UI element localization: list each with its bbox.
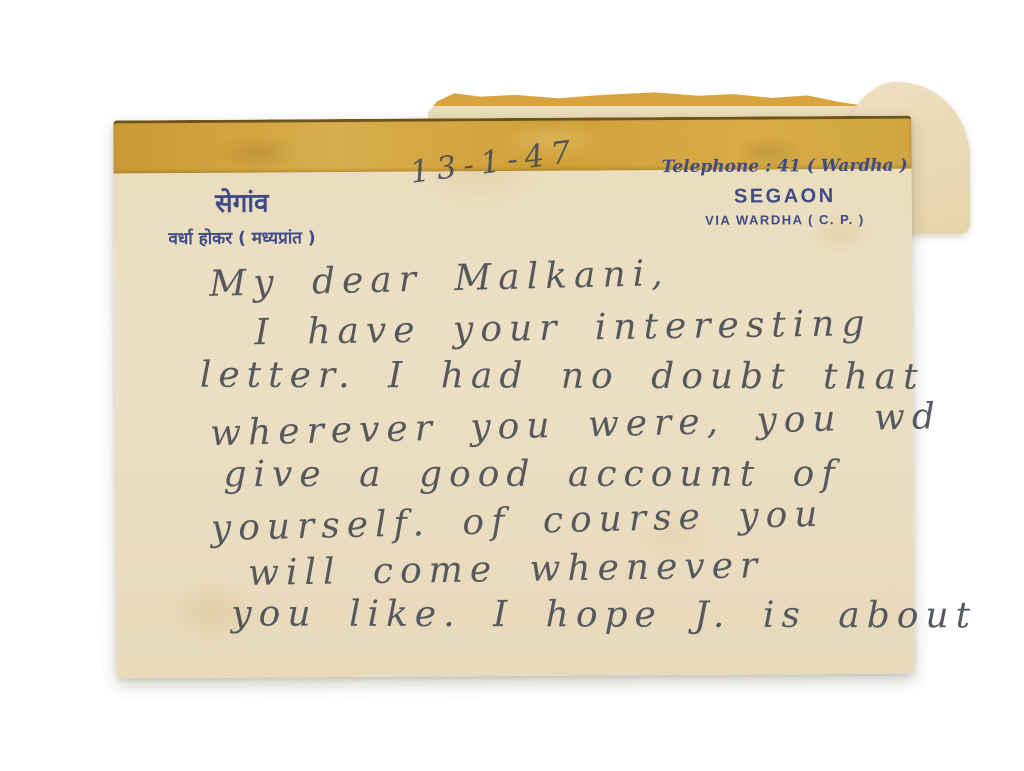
letterhead-via: VIA WARDHA ( C. P. ) (642, 211, 928, 228)
letterhead-devanagari-place: सेगांव (130, 189, 354, 219)
letterhead-english: Telephone : 41 ( Wardha ) SEGAON VIA WAR… (642, 155, 928, 228)
handwritten-line: you like. I hope J. is about (231, 593, 977, 636)
photograph-background: सेगांव वर्धा होकर ( मध्यप्रांत ) Telepho… (0, 0, 1024, 771)
letterhead-devanagari-via: वर्धा होकर ( मध्यप्रांत ) (130, 225, 354, 249)
handwritten-salutation: My dear Malkani, (209, 253, 670, 305)
handwritten-line: give a good account of (223, 454, 841, 496)
letterhead-telephone: Telephone : 41 ( Wardha ) (642, 155, 928, 177)
letterhead-place: SEGAON (642, 184, 928, 209)
handwritten-line: yourself. of course you (210, 494, 825, 549)
letterhead-devanagari: सेगांव वर्धा होकर ( मध्यप्रांत ) (130, 189, 354, 249)
handwritten-line: wherever you were, you wd (210, 396, 943, 454)
handwritten-line: will come whenever (248, 545, 765, 594)
handwritten-line: letter. I had no doubt that (200, 355, 925, 398)
postcard: सेगांव वर्धा होकर ( मध्यप्रांत ) Telepho… (113, 116, 914, 679)
handwritten-line: I have your interesting (254, 303, 871, 353)
